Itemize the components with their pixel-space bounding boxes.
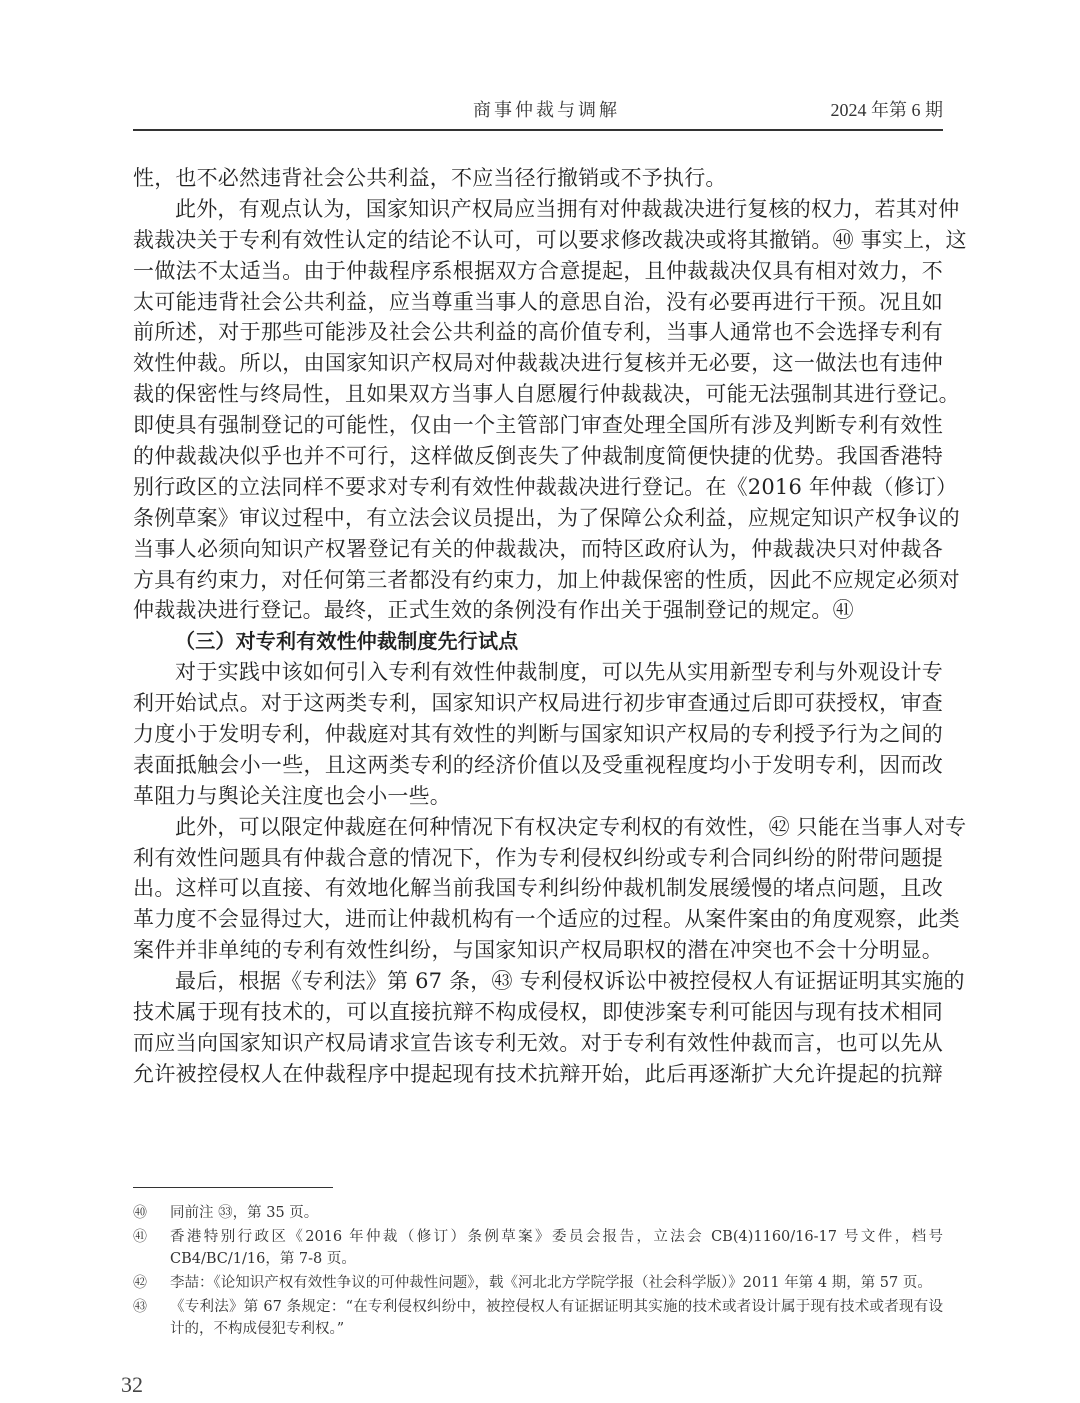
text-line: 即使具有强制登记的可能性，仅由一个主管部门审查处理全国所有涉及判断专利有效性 (133, 410, 943, 441)
text-line: 允许被控侵权人在仲裁程序中提起现有技术抗辩开始，此后再逐渐扩大允许提起的抗辩 (133, 1059, 943, 1090)
text-line: 一做法不太适当。由于仲裁程序系根据双方合意提起，且仲裁裁决仅具有相对效力，不 (133, 256, 943, 287)
text-line: 革力度不会显得过大，进而让仲裁机构有一个适应的过程。从案件案由的角度观察，此类 (133, 904, 943, 935)
text-line: 案件并非单纯的专利有效性纠纷，与国家知识产权局职权的潜在冲突也不会十分明显。 (133, 935, 943, 966)
text-line: 技术属于现有技术的，可以直接抗辩不构成侵权，即使涉案专利可能因与现有技术相同 (133, 997, 943, 1028)
text-line: 此外，可以限定仲裁庭在何种情况下有权决定专利权的有效性，㊷ 只能在当事人对专 (133, 812, 943, 843)
footnote: ㊵同前注 ㉝，第 35 页。 (133, 1202, 943, 1224)
footnote-number: ㊵ (133, 1202, 147, 1224)
text-line: 别行政区的立法同样不要求对专利有效性仲裁裁决进行登记。在《2016 年仲裁（修订… (133, 472, 943, 503)
text-line: 革阻力与舆论关注度也会小一些。 (133, 781, 943, 812)
footnote-text: 香港特别行政区《2016 年仲裁（修订）条例草案》委员会报告，立法会 CB(4)… (170, 1229, 943, 1267)
footnotes: ㊵同前注 ㉝，第 35 页。㊶香港特别行政区《2016 年仲裁（修订）条例草案》… (133, 1202, 943, 1342)
text-line: 此外，有观点认为，国家知识产权局应当拥有对仲裁裁决进行复核的权力，若其对仲 (133, 194, 943, 225)
footnote-number: ㊷ (133, 1272, 147, 1294)
text-line: 的仲裁裁决似乎也并不可行，这样做反倒丧失了仲裁制度简便快捷的优势。我国香港特 (133, 441, 943, 472)
journal-title: 商事仲裁与调解 (473, 96, 620, 122)
footnote: ㊷李喆：《论知识产权有效性争议的可仲裁性问题》，载《河北北方学院学报（社会科学版… (133, 1272, 943, 1294)
footnote-number: ㊸ (133, 1296, 147, 1318)
text-line: 利有效性问题具有仲裁合意的情况下，作为专利侵权纠纷或专利合同纠纷的附带问题提 (133, 843, 943, 874)
text-line: 太可能违背社会公共利益，应当尊重当事人的意思自治，没有必要再进行干预。况且如 (133, 287, 943, 318)
footnote-text: 李喆：《论知识产权有效性争议的可仲裁性问题》，载《河北北方学院学报（社会科学版）… (170, 1275, 932, 1291)
text-line: 出。这样可以直接、有效地化解当前我国专利纠纷仲裁机制发展缓慢的堵点问题，且改 (133, 873, 943, 904)
footnote-text: 《专利法》第 67 条规定：“在专利侵权纠纷中，被控侵权人有证据证明其实施的技术… (170, 1299, 943, 1337)
issue-label: 2024 年第 6 期 (831, 96, 944, 122)
section-heading: （三）对专利有效性仲裁制度先行试点 (133, 626, 943, 657)
text-line: 最后，根据《专利法》第 67 条，㊸ 专利侵权诉讼中被控侵权人有证据证明其实施的 (133, 966, 943, 997)
text-line: 效性仲裁。所以，由国家知识产权局对仲裁裁决进行复核并无必要，这一做法也有违仲 (133, 348, 943, 379)
footnote: ㊶香港特别行政区《2016 年仲裁（修订）条例草案》委员会报告，立法会 CB(4… (133, 1226, 943, 1270)
footnote-rule (133, 1187, 333, 1188)
running-header: 商事仲裁与调解 2024 年第 6 期 (133, 96, 943, 126)
text-line: 仲裁裁决进行登记。最终，正式生效的条例没有作出关于强制登记的规定。㊶ (133, 595, 943, 626)
footnote: ㊸《专利法》第 67 条规定：“在专利侵权纠纷中，被控侵权人有证据证明其实施的技… (133, 1296, 943, 1340)
body-text: 性，也不必然违背社会公共利益，不应当径行撤销或不予执行。此外，有观点认为，国家知… (133, 163, 943, 1090)
text-line: 当事人必须向知识产权署登记有关的仲裁裁决，而特区政府认为，仲裁裁决只对仲裁各 (133, 534, 943, 565)
text-line: 对于实践中该如何引入专利有效性仲裁制度，可以先从实用新型专利与外观设计专 (133, 657, 943, 688)
text-line: 利开始试点。对于这两类专利，国家知识产权局进行初步审查通过后即可获授权，审查 (133, 688, 943, 719)
text-line: 性，也不必然违背社会公共利益，不应当径行撤销或不予执行。 (133, 163, 943, 194)
text-line: 而应当向国家知识产权局请求宣告该专利无效。对于专利有效性仲裁而言，也可以先从 (133, 1028, 943, 1059)
text-line: 裁裁决关于专利有效性认定的结论不认可，可以要求修改裁决或将其撤销。㊵ 事实上，这 (133, 225, 943, 256)
footnote-text: 同前注 ㉝，第 35 页。 (170, 1205, 318, 1221)
text-line: 表面抵触会小一些，且这两类专利的经济价值以及受重视程度均小于发明专利，因而改 (133, 750, 943, 781)
text-line: 前所述，对于那些可能涉及社会公共利益的高价值专利，当事人通常也不会选择专利有 (133, 317, 943, 348)
text-line: 裁的保密性与终局性，且如果双方当事人自愿履行仲裁裁决，可能无法强制其进行登记。 (133, 379, 943, 410)
text-line: 力度小于发明专利，仲裁庭对其有效性的判断与国家知识产权局的专利授予行为之间的 (133, 719, 943, 750)
header-rule (133, 129, 943, 131)
text-line: 方具有约束力，对任何第三者都没有约束力，加上仲裁保密的性质，因此不应规定必须对 (133, 565, 943, 596)
footnote-number: ㊶ (133, 1226, 147, 1248)
text-line: 条例草案》审议过程中，有立法会议员提出，为了保障公众利益，应规定知识产权争议的 (133, 503, 943, 534)
page-number: 32 (121, 1372, 143, 1398)
